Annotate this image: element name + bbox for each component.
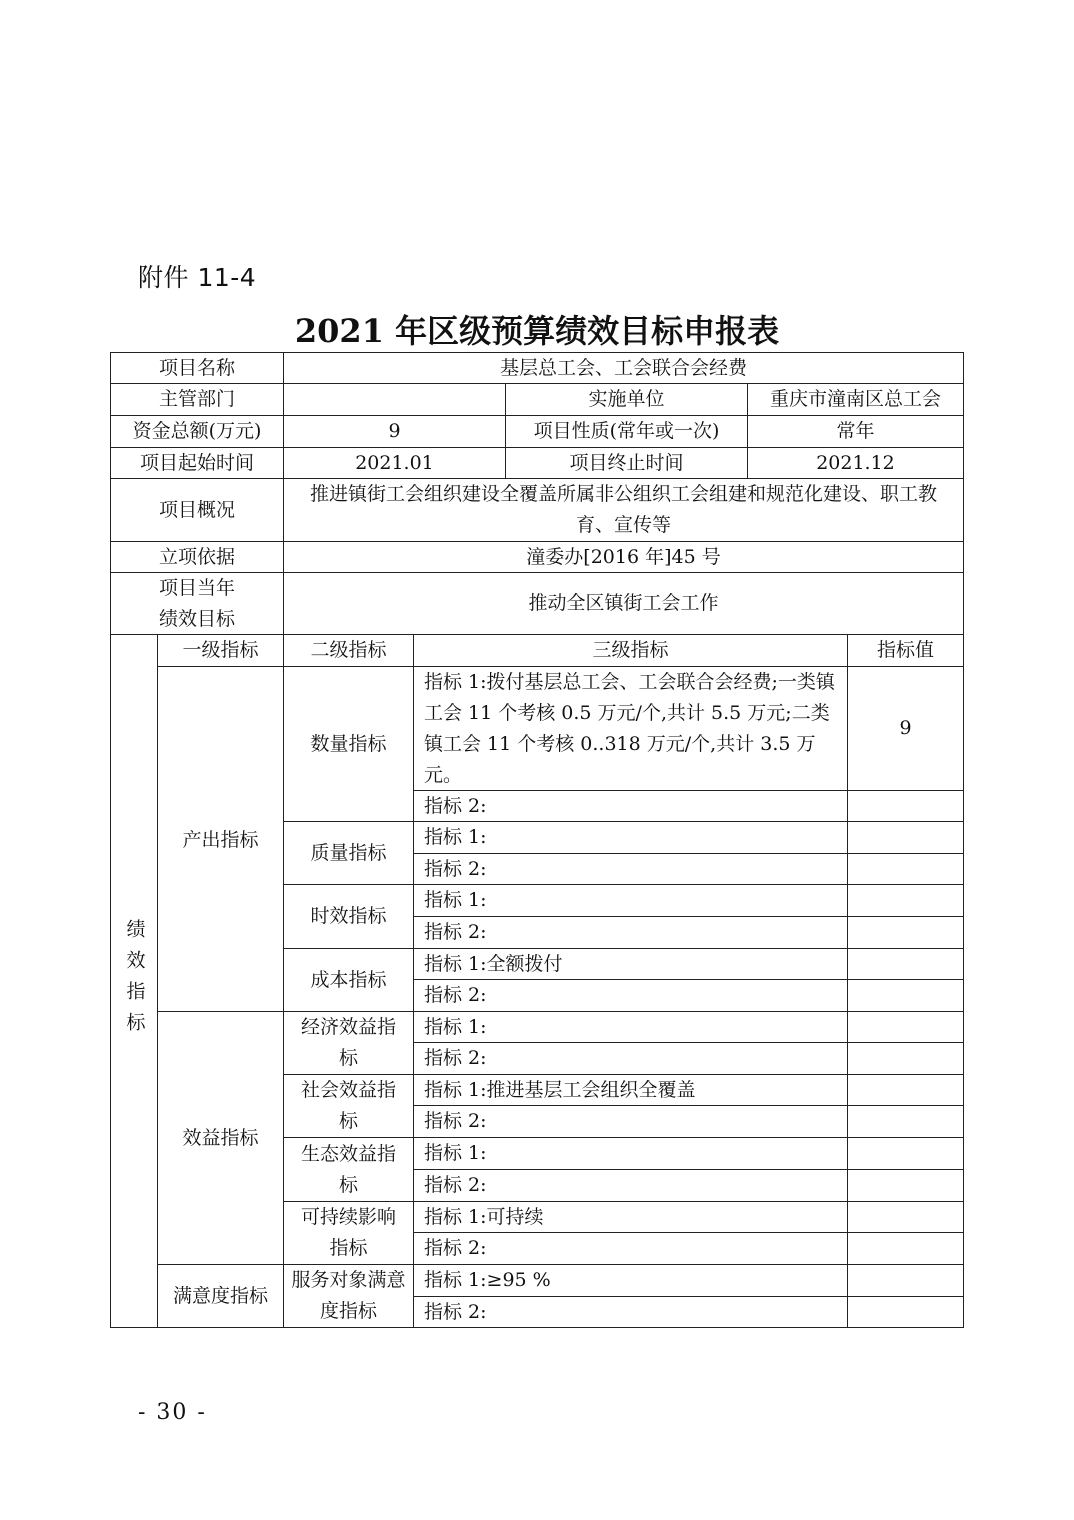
nature-label: 项目性质(常年或一次)	[505, 415, 748, 448]
level2-timeliness: 时效指标	[283, 884, 414, 949]
goal-label-line1: 项目当年	[159, 573, 235, 604]
basis-label: 立项依据	[110, 541, 284, 573]
level2-cost: 成本指标	[283, 948, 414, 1012]
economic-indicator-2: 指标 2:	[413, 1042, 848, 1075]
quality-indicator-2-value	[847, 853, 964, 885]
impl-unit-label: 实施单位	[505, 383, 748, 416]
dept-label: 主管部门	[110, 383, 284, 416]
social-indicator-2: 指标 2:	[413, 1105, 848, 1138]
service-indicator-2-value	[847, 1296, 964, 1328]
level2-ecological: 生态效益指标	[283, 1137, 414, 1202]
project-name-label: 项目名称	[110, 352, 284, 384]
timeliness-indicator-2: 指标 2:	[413, 916, 848, 949]
end-label: 项目终止时间	[505, 447, 748, 479]
page-number: - 30 -	[138, 1400, 207, 1425]
goal-value: 推动全区镇街工会工作	[283, 572, 964, 635]
economic-indicator-2-value	[847, 1042, 964, 1075]
header-value: 指标值	[847, 634, 964, 667]
overview-value: 推进镇街工会组织建设全覆盖所属非公组织工会组建和规范化建设、职工教育、宣传等	[283, 478, 964, 542]
economic-indicator-1: 指标 1:	[413, 1011, 848, 1043]
level2-service: 服务对象满意度指标	[283, 1264, 414, 1328]
dept-value	[283, 383, 506, 416]
timeliness-indicator-2-value	[847, 916, 964, 949]
level2-social: 社会效益指标	[283, 1074, 414, 1138]
header-level1: 一级指标	[157, 634, 284, 667]
sustainable-indicator-1-value	[847, 1201, 964, 1233]
basis-value: 潼委办[2016 年]45 号	[283, 541, 964, 573]
end-value: 2021.12	[747, 447, 964, 479]
goal-label-line2: 绩效目标	[159, 604, 235, 635]
social-indicator-2-value	[847, 1105, 964, 1138]
quality-indicator-2: 指标 2:	[413, 853, 848, 885]
service-indicator-1-value	[847, 1264, 964, 1297]
level2-quantity: 数量指标	[283, 666, 414, 822]
sustainable-indicator-2: 指标 2:	[413, 1232, 848, 1265]
cost-indicator-1: 指标 1:全额拨付	[413, 948, 848, 980]
funds-value: 9	[283, 415, 506, 448]
economic-indicator-1-value	[847, 1011, 964, 1043]
sustainable-indicator-2-value	[847, 1232, 964, 1265]
social-indicator-1: 指标 1:推进基层工会组织全覆盖	[413, 1074, 848, 1106]
ecological-indicator-2-value	[847, 1169, 964, 1202]
indicators-section-label: 绩效指标	[110, 634, 158, 1328]
group-satisfaction: 满意度指标	[157, 1264, 284, 1328]
header-level3: 三级指标	[413, 634, 848, 667]
page-title: 2021 年区级预算绩效目标申报表	[0, 306, 1074, 352]
quantity-indicator-1: 指标 1:拨付基层总工会、工会联合会经费;一类镇工会 11 个考核 0.5 万元…	[413, 666, 848, 791]
start-label: 项目起始时间	[110, 447, 284, 479]
goal-label: 项目当年 绩效目标	[110, 572, 284, 635]
cost-indicator-2: 指标 2:	[413, 979, 848, 1012]
project-name-value: 基层总工会、工会联合会经费	[283, 352, 964, 384]
ecological-indicator-1-value	[847, 1137, 964, 1170]
impl-unit-value: 重庆市潼南区总工会	[747, 383, 964, 416]
level2-economic: 经济效益指标	[283, 1011, 414, 1075]
level2-quality: 质量指标	[283, 821, 414, 885]
ecological-indicator-2: 指标 2:	[413, 1169, 848, 1202]
service-indicator-1: 指标 1:≥95 %	[413, 1264, 848, 1297]
header-level2: 二级指标	[283, 634, 414, 667]
start-value: 2021.01	[283, 447, 506, 479]
group-output: 产出指标	[157, 666, 284, 1012]
ecological-indicator-1: 指标 1:	[413, 1137, 848, 1170]
timeliness-indicator-1-value	[847, 884, 964, 917]
group-benefit: 效益指标	[157, 1011, 284, 1265]
level2-sustainable: 可持续影响指标	[283, 1201, 414, 1265]
quality-indicator-1-value	[847, 821, 964, 854]
quantity-indicator-2: 指标 2:	[413, 790, 848, 822]
quantity-indicator-1-value: 9	[847, 666, 964, 791]
cost-indicator-1-value	[847, 948, 964, 980]
quantity-indicator-2-value	[847, 790, 964, 822]
nature-value: 常年	[747, 415, 964, 448]
funds-label: 资金总额(万元)	[110, 415, 284, 448]
sustainable-indicator-1: 指标 1:可持续	[413, 1201, 848, 1233]
social-indicator-1-value	[847, 1074, 964, 1106]
service-indicator-2: 指标 2:	[413, 1296, 848, 1328]
overview-label: 项目概况	[110, 478, 284, 542]
attachment-label: 附件 11-4	[138, 258, 256, 294]
quality-indicator-1: 指标 1:	[413, 821, 848, 854]
timeliness-indicator-1: 指标 1:	[413, 884, 848, 917]
cost-indicator-2-value	[847, 979, 964, 1012]
